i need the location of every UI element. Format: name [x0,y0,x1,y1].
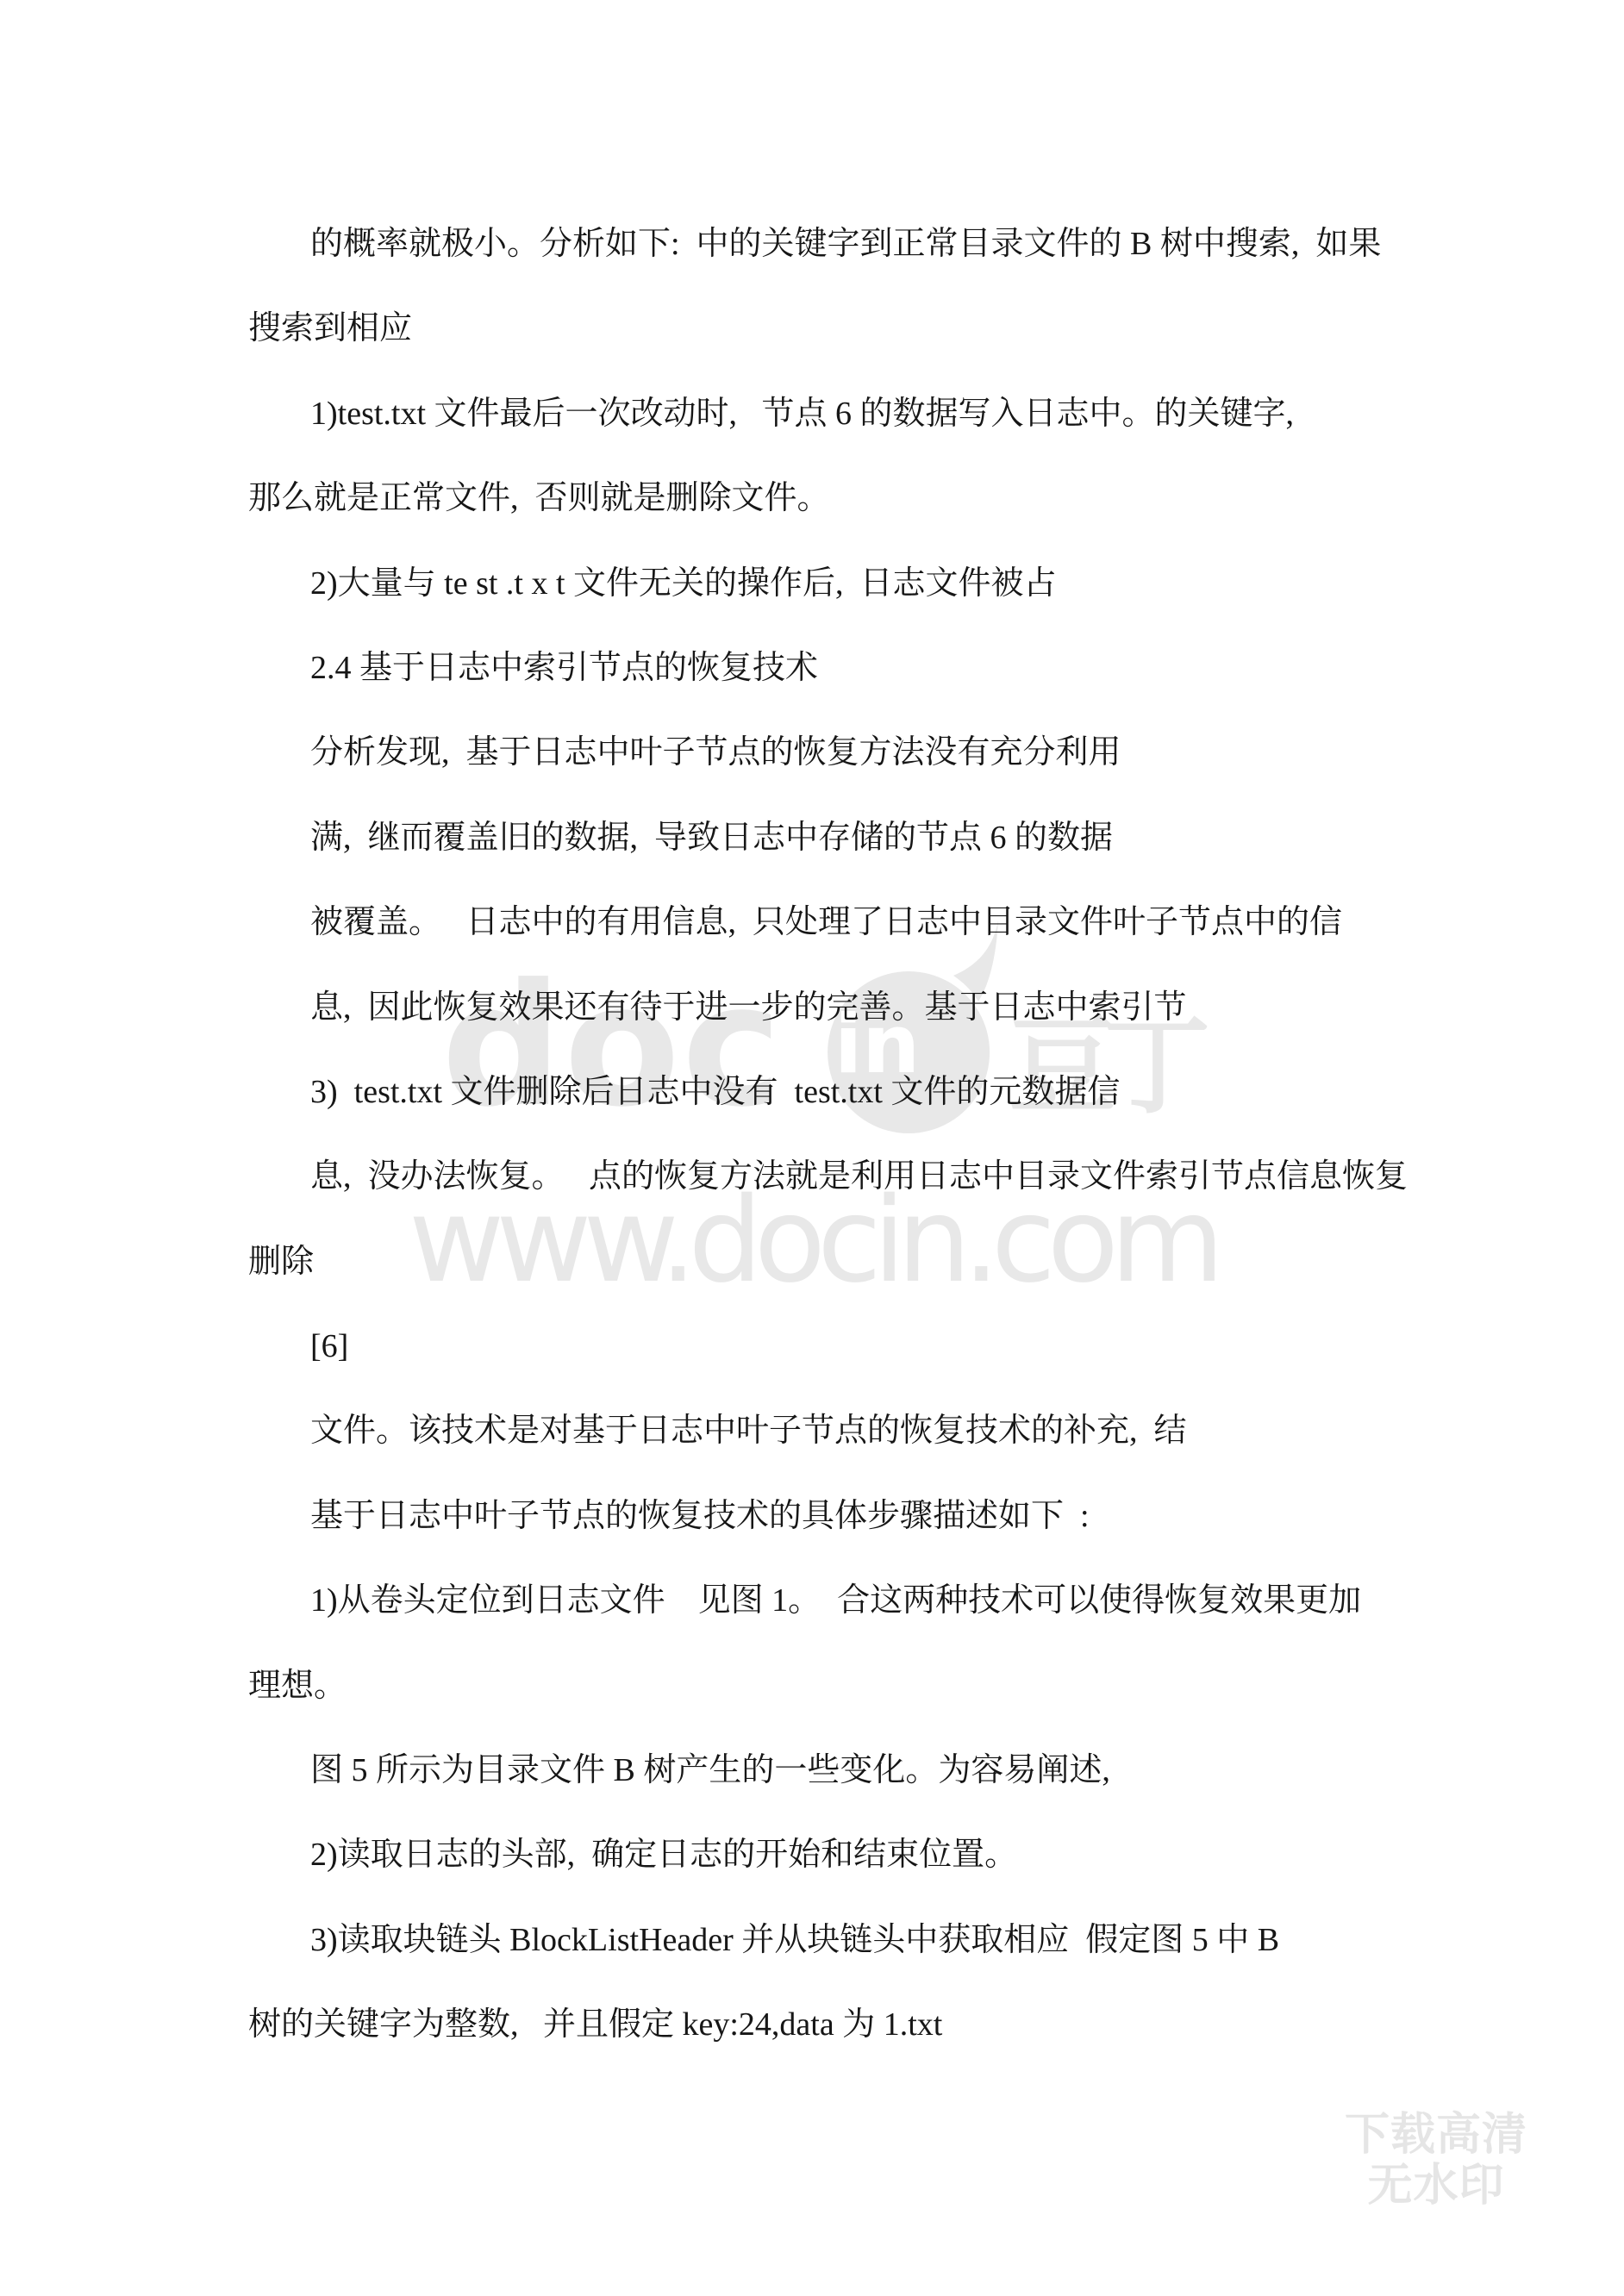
text-line: 2.4 基于日志中索引节点的恢复技术 [0,626,1624,710]
text-line: 树的关键字为整数, 并且假定 key:24,data 为 1.txt [0,1982,1624,2067]
corner-watermark: 下载高清 无水印 [1341,2110,1531,2212]
corner-watermark-line2: 无水印 [1341,2161,1531,2212]
text-line: 理想。 [0,1644,1624,1728]
text-line: 分析发现, 基于日志中叶子节点的恢复方法没有充分利用 [0,710,1624,795]
text-lines: 的概率就极小。分析如下: 中的关键字到正常目录文件的 B 树中搜索, 如果搜索到… [0,202,1624,2068]
document-page: doc in 豆丁 www.docin.com 下载高清 无水印 的概率就极小。… [0,0,1624,2296]
text-line: 被覆盖。 日志中的有用信息, 只处理了日志中目录文件叶子节点中的信 [0,880,1624,964]
text-line: 1)从卷头定位到日志文件 见图 1。 合这两种技术可以使得恢复效果更加 [0,1558,1624,1643]
text-line: 1)test.txt 文件最后一次改动时, 节点 6 的数据写入日志中。的关键字… [0,371,1624,456]
text-line: 删除 [0,1220,1624,1304]
text-line: 3)读取块链头 BlockListHeader 并从块链头中获取相应 假定图 5… [0,1898,1624,1982]
text-line: [6] [0,1304,1624,1388]
text-line: 满, 继而覆盖旧的数据, 导致日志中存储的节点 6 的数据 [0,795,1624,880]
text-line: 息, 因此恢复效果还有待于进一步的完善。基于日志中索引节 [0,965,1624,1050]
text-line: 那么就是正常文件, 否则就是删除文件。 [0,456,1624,540]
corner-watermark-line1: 下载高清 [1341,2110,1531,2161]
text-line: 文件。该技术是对基于日志中叶子节点的恢复技术的补充, 结 [0,1388,1624,1473]
text-line: 3) test.txt 文件删除后日志中没有 test.txt 文件的元数据信 [0,1050,1624,1134]
text-line: 的概率就极小。分析如下: 中的关键字到正常目录文件的 B 树中搜索, 如果 [0,202,1624,286]
text-line: 搜索到相应 [0,286,1624,371]
text-line: 基于日志中叶子节点的恢复技术的具体步骤描述如下 : [0,1474,1624,1558]
text-line: 息, 没办法恢复。 点的恢复方法就是利用日志中目录文件索引节点信息恢复 [0,1134,1624,1219]
text-line: 图 5 所示为目录文件 B 树产生的一些变化。为容易阐述, [0,1728,1624,1812]
text-line: 2)读取日志的头部, 确定日志的开始和结束位置。 [0,1812,1624,1897]
text-line: 2)大量与 te st .t x t 文件无关的操作后, 日志文件被占 [0,541,1624,626]
